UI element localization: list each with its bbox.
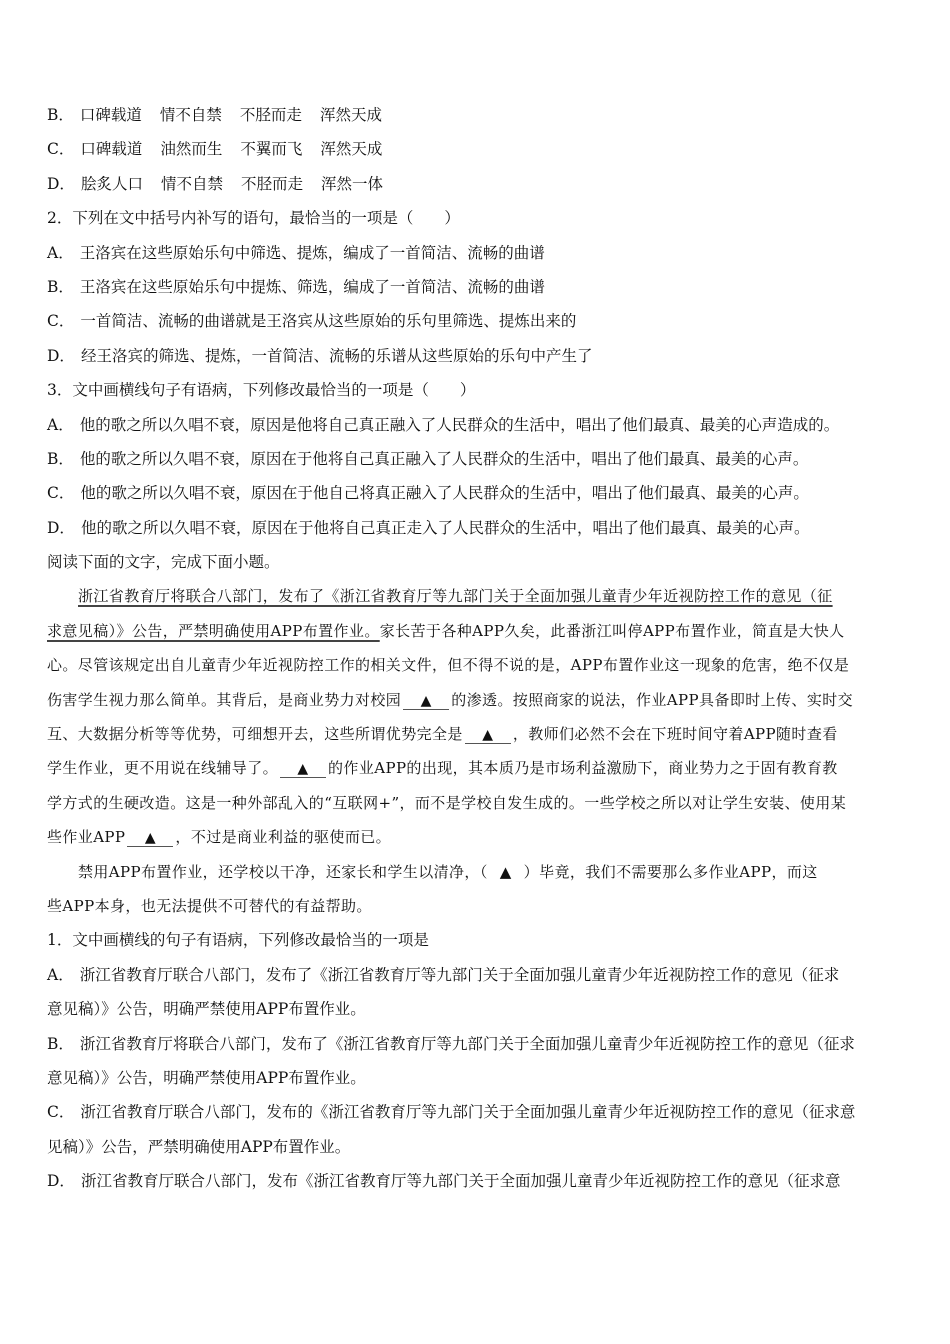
option-text: 浙江省教育厅联合八部门，发布《浙江省教育厅等九部门关于全面加强儿童青少年近视防控… — [81, 1172, 841, 1190]
option-text: 他的歌之所以久唱不衰，原因在于他将自己真正走入了人民群众的生活中，唱出了他们最真… — [81, 519, 810, 537]
q3-option-a: A．他的歌之所以久唱不衰，原因是他将自己真正融入了人民群众的生活中，唱出了他们最… — [47, 408, 907, 442]
option-word: 不翼而飞 — [240, 140, 302, 158]
option-word: 不胫而走 — [240, 106, 302, 124]
option-word: 脍炙人口 — [81, 175, 143, 193]
passage-line: 心。尽管该规定出自儿童青少年近视防控工作的相关文件，但不得不说的是，APP布置作… — [47, 648, 907, 682]
sub-q1-option-a: A．浙江省教育厅联合八部门，发布了《浙江省教育厅等九部门关于全面加强儿童青少年近… — [47, 958, 907, 1027]
q1-option-c: C．口碑载道油然而生不翼而飞浑然天成 — [47, 132, 907, 166]
passage-text: 互、大数据分析等等优势，可细想开去，这些所谓优势完全是 — [47, 725, 463, 743]
passage-line: 浙江省教育厅将联合八部门，发布了《浙江省教育厅等九部门关于全面加强儿童青少年近视… — [47, 579, 907, 613]
passage-line: 学方式的生硬改造。这是一种外部乱入的“互联网+”，而不是学校自发生成的。一些学校… — [47, 786, 907, 820]
option-label: B． — [47, 106, 74, 124]
fill-blank-3: ▲ — [280, 761, 326, 778]
underlined-sentence: 求意见稿）》公告，严禁明确使用APP布置作业。 — [47, 622, 380, 640]
option-label: D． — [47, 175, 75, 193]
q2-option-a: A．王洛宾在这些原始乐句中筛选、提炼，编成了一首简洁、流畅的曲谱 — [47, 236, 907, 270]
option-label: A． — [47, 244, 74, 262]
underlined-sentence: 浙江省教育厅将联合八部门，发布了《浙江省教育厅等九部门关于全面加强儿童青少年近视… — [78, 587, 833, 605]
fill-blank-4: ▲ — [127, 830, 173, 847]
option-text: 他的歌之所以久唱不衰，原因在于他将自己真正融入了人民群众的生活中，唱出了他们最真… — [80, 450, 809, 468]
reading-passage: 浙江省教育厅将联合八部门，发布了《浙江省教育厅等九部门关于全面加强儿童青少年近视… — [47, 579, 907, 923]
option-label: B． — [47, 450, 74, 468]
option-text: 浙江省教育厅联合八部门，发布的《浙江省教育厅等九部门关于全面加强儿童青少年近视防… — [80, 1103, 855, 1121]
option-text: 浙江省教育厅联合八部门，发布了《浙江省教育厅等九部门关于全面加强儿童青少年近视防… — [80, 966, 840, 984]
option-word: 浑然一体 — [321, 175, 383, 193]
option-label: D． — [47, 1172, 75, 1190]
option-label: C． — [47, 312, 74, 330]
passage-line: 些作业APP▲，不过是商业利益的驱使而已。 — [47, 820, 907, 854]
option-label: A． — [47, 966, 74, 984]
sub-q1-stem: 1．文中画横线的句子有语病，下列修改最恰当的一项是 — [47, 923, 907, 957]
option-text: 他的歌之所以久唱不衰，原因在于他自己将真正融入了人民群众的生活中，唱出了他们最真… — [80, 484, 809, 502]
option-text: 经王洛宾的筛选、提炼，一首简洁、流畅的乐谱从这些原始的乐句中产生了 — [81, 347, 593, 365]
passage-line: 些APP本身，也无法提供不可替代的有益帮助。 — [47, 889, 907, 923]
option-text-cont: 意见稿）》公告，明确严禁使用APP布置作业。 — [47, 1061, 907, 1095]
passage-line: 互、大数据分析等等优势，可细想开去，这些所谓优势完全是▲，教师们必然不会在下班时… — [47, 717, 907, 751]
option-label: C． — [47, 1103, 74, 1121]
option-word: 口碑载道 — [80, 106, 142, 124]
option-text: 他的歌之所以久唱不衰，原因是他将自己真正融入了人民群众的生活中，唱出了他们最真、… — [80, 416, 840, 434]
q2-option-b: B．王洛宾在这些原始乐句中提炼、筛选，编成了一首简洁、流畅的曲谱 — [47, 270, 907, 304]
option-word: 口碑载道 — [80, 140, 142, 158]
passage-text: 伤害学生视力那么简单。其背后，是商业势力对校园 — [47, 691, 401, 709]
option-label: C． — [47, 140, 74, 158]
passage-line: 求意见稿）》公告，严禁明确使用APP布置作业。家长苦于各种APP久矣，此番浙江叫… — [47, 614, 907, 648]
q3-option-c: C．他的歌之所以久唱不衰，原因在于他自己将真正融入了人民群众的生活中，唱出了他们… — [47, 476, 907, 510]
passage-line: 禁用APP布置作业，还学校以干净，还家长和学生以清净，（▲）毕竟，我们不需要那么… — [47, 855, 907, 889]
passage-text: ）毕竟，我们不需要那么多作业APP，而这 — [524, 863, 818, 881]
passage-text: 禁用APP布置作业，还学校以干净，还家长和学生以清净，（ — [78, 863, 488, 881]
option-label: C． — [47, 484, 74, 502]
option-word: 情不自禁 — [161, 175, 223, 193]
sub-q1-option-d: D．浙江省教育厅联合八部门，发布《浙江省教育厅等九部门关于全面加强儿童青少年近视… — [47, 1164, 907, 1198]
option-label: B． — [47, 278, 74, 296]
option-word: 不胫而走 — [241, 175, 303, 193]
q2-stem: 2．下列在文中括号内补写的语句，最恰当的一项是（ ） — [47, 201, 907, 235]
exam-page: B．口碑载道情不自禁不胫而走浑然天成 C．口碑载道油然而生不翼而飞浑然天成 D．… — [47, 98, 907, 1199]
sub-q1-option-b: B．浙江省教育厅将联合八部门，发布了《浙江省教育厅等九部门关于全面加强儿童青少年… — [47, 1027, 907, 1096]
option-word: 情不自禁 — [160, 106, 222, 124]
reading-intro: 阅读下面的文字，完成下面小题。 — [47, 545, 907, 579]
q3-stem: 3．文中画横线句子有语病，下列修改最恰当的一项是（ ） — [47, 373, 907, 407]
passage-text: ，教师们必然不会在下班时间守着APP随时查看 — [513, 725, 838, 743]
sub-q1-option-c: C．浙江省教育厅联合八部门，发布的《浙江省教育厅等九部门关于全面加强儿童青少年近… — [47, 1095, 907, 1164]
option-label: A． — [47, 416, 74, 434]
option-text-cont: 意见稿）》公告，明确严禁使用APP布置作业。 — [47, 992, 907, 1026]
option-word: 浑然天成 — [320, 140, 382, 158]
fill-blank-2: ▲ — [465, 727, 511, 744]
option-word: 油然而生 — [160, 140, 222, 158]
option-text: 一首简洁、流畅的曲谱就是王洛宾从这些原始的乐句里筛选、提炼出来的 — [80, 312, 576, 330]
q2-option-c: C．一首简洁、流畅的曲谱就是王洛宾从这些原始的乐句里筛选、提炼出来的 — [47, 304, 907, 338]
passage-text: 的渗透。按照商家的说法，作业APP具备即时上传、实时交 — [451, 691, 853, 709]
q3-option-d: D．他的歌之所以久唱不衰，原因在于他将自己真正走入了人民群众的生活中，唱出了他们… — [47, 511, 907, 545]
q2-option-d: D．经王洛宾的筛选、提炼，一首简洁、流畅的乐谱从这些原始的乐句中产生了 — [47, 339, 907, 373]
option-label: D． — [47, 519, 75, 537]
option-label: D． — [47, 347, 75, 365]
paren-blank-mark: ▲ — [488, 855, 524, 889]
option-word: 浑然天成 — [320, 106, 382, 124]
passage-text: ，不过是商业利益的驱使而已。 — [175, 828, 391, 846]
passage-text: 家长苦于各种APP久矣，此番浙江叫停APP布置作业，简直是大快人 — [380, 622, 845, 640]
passage-text: 些作业APP — [47, 828, 125, 846]
option-label: B． — [47, 1035, 74, 1053]
passage-text: 学生作业，更不用说在线辅导了。 — [47, 759, 278, 777]
q3-option-b: B．他的歌之所以久唱不衰，原因在于他将自己真正融入了人民群众的生活中，唱出了他们… — [47, 442, 907, 476]
option-text: 王洛宾在这些原始乐句中提炼、筛选，编成了一首简洁、流畅的曲谱 — [80, 278, 545, 296]
option-text: 王洛宾在这些原始乐句中筛选、提炼，编成了一首简洁、流畅的曲谱 — [80, 244, 545, 262]
q1-option-d: D．脍炙人口情不自禁不胫而走浑然一体 — [47, 167, 907, 201]
option-text-cont: 见稿）》公告，严禁明确使用APP布置作业。 — [47, 1130, 907, 1164]
passage-line: 学生作业，更不用说在线辅导了。▲的作业APP的出现，其本质乃是市场利益激励下，商… — [47, 751, 907, 785]
q1-option-b: B．口碑载道情不自禁不胫而走浑然天成 — [47, 98, 907, 132]
fill-blank-1: ▲ — [403, 693, 449, 710]
passage-text: 的作业APP的出现，其本质乃是市场利益激励下，商业势力之于固有教育教 — [328, 759, 838, 777]
passage-line: 伤害学生视力那么简单。其背后，是商业势力对校园▲的渗透。按照商家的说法，作业AP… — [47, 683, 907, 717]
option-text: 浙江省教育厅将联合八部门，发布了《浙江省教育厅等九部门关于全面加强儿童青少年近视… — [80, 1035, 855, 1053]
